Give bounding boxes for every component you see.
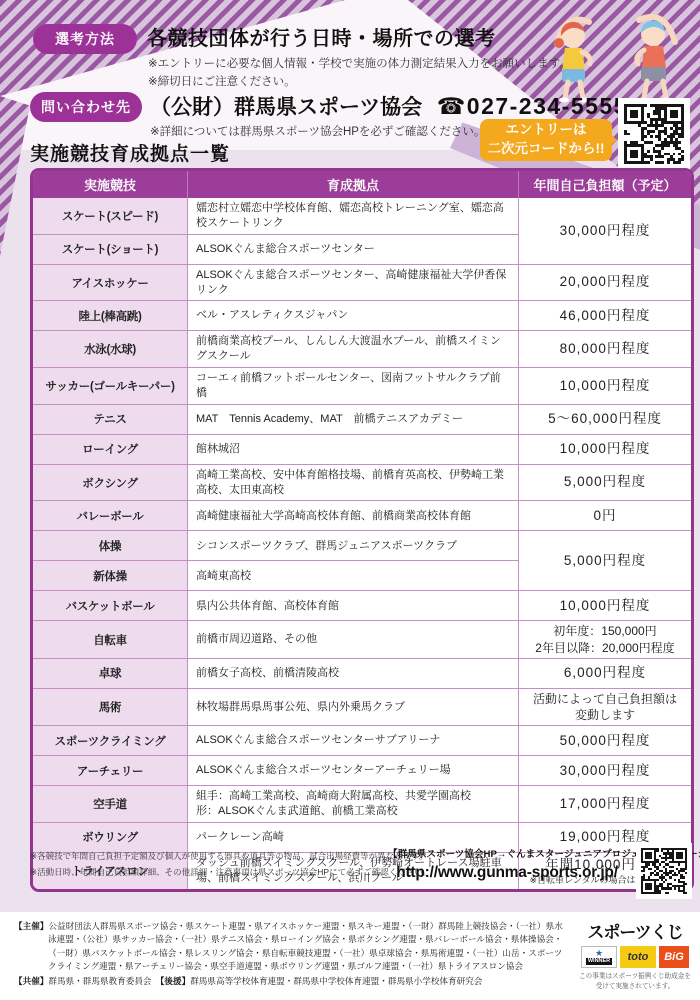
selection-notes: ※エントリーに必要な個人情報・学校で実施の体力測定結果入力をお願いします。 ※締…: [148, 56, 571, 92]
table-row: 水泳(水球)前橋商業高校プール、しんしん大渡温水プール、前橋スイミングスクール8…: [33, 331, 691, 368]
support-label: 【後援】: [160, 976, 190, 986]
table-row: ボクシング高崎工業高校、安中体育館格技場、前橋育英高校、伊勢崎工業高校、太田東高…: [33, 464, 691, 501]
sports-lottery-logo: スポーツくじ: [578, 918, 692, 943]
homepage-qr-code: [636, 843, 692, 899]
organizer-label: 【主催】: [14, 921, 48, 931]
sport-cell: スケート(スピード): [33, 198, 188, 234]
venue-cell: 高崎東高校: [188, 561, 519, 591]
cost-cell: 10,000円程度: [519, 591, 692, 621]
table-row: バスケットボール県内公共体育館、高校体育館10,000円程度: [33, 591, 691, 621]
venue-cell: コーエィ前橋フットボールセンター、図南フットサルクラブ前橋: [188, 368, 519, 405]
venue-cell: 県内公共体育館、高校体育館: [188, 591, 519, 621]
sport-cell: 新体操: [33, 561, 188, 591]
cost-cell: 80,000円程度: [519, 331, 692, 368]
cost-cell: 30,000円程度: [519, 198, 692, 264]
venue-cell: ベル・アスレティクスジャパン: [188, 301, 519, 331]
big-logo: BiG: [659, 946, 689, 968]
homepage-block: 【群馬県スポーツ協会HP→ぐんまスタージュニアプロジェクト特設ページ】 http…: [388, 846, 626, 882]
venue-cell: ALSOKぐんま総合スポーツセンター、高崎健康福祉大学伊香保リンク: [188, 264, 519, 301]
qr-pattern: [641, 848, 687, 894]
cost-cell: 0円: [519, 501, 692, 531]
table-row: スポーツクライミングALSOKぐんま総合スポーツセンターサブアリーナ50,000…: [33, 726, 691, 756]
cost-cell: 17,000円程度: [519, 786, 692, 823]
flyer-page: 選考方法 各競技団体が行う日時・場所での選考 ※エントリーに必要な個人情報・学校…: [0, 0, 700, 1000]
sport-cell: 体操: [33, 531, 188, 561]
boy-figure: [637, 17, 675, 103]
table-row: 空手道組手：高崎工業高校、高崎商大附属高校、共愛学園高校 形：ALSOKぐんま武…: [33, 786, 691, 823]
support-list: 群馬県高等学校体育連盟・群馬県中学校体育連盟・群馬県小学校体育研究会: [190, 976, 482, 986]
contact-badge: 問い合わせ先: [30, 92, 142, 122]
cost-cell: 5,000円程度: [519, 464, 692, 501]
cost-cell: 5～60,000円程度: [519, 404, 692, 434]
venue-cell: ALSOKぐんま総合スポーツセンターサブアリーナ: [188, 726, 519, 756]
entry-speech-bubble: エントリーは 二次元コードから!!: [480, 119, 612, 161]
sport-cell: バスケットボール: [33, 591, 188, 621]
diagonal-stripes-left-edge: [0, 96, 30, 256]
sports-lottery-block: スポーツくじ ★ WINNER toto BiG この事業はスポーツ振興くじ助成…: [578, 918, 692, 992]
homepage-label: 【群馬県スポーツ協会HP→ぐんまスタージュニアプロジェクト特設ページ】: [388, 846, 626, 860]
toto-logo: toto: [620, 946, 656, 968]
table-row: サッカー(ゴールキーパー)コーエィ前橋フットボールセンター、図南フットサルクラブ…: [33, 368, 691, 405]
cost-cell: 20,000円程度: [519, 264, 692, 301]
homepage-url[interactable]: http://www.gunma-sports.or.jp/: [388, 864, 626, 882]
venue-cell: 林牧場群馬県馬事公苑、県内外乗馬クラブ: [188, 688, 519, 725]
venue-cell: ALSOKぐんま総合スポーツセンター: [188, 234, 519, 264]
cost-cell: 10,000円程度: [519, 368, 692, 405]
table-row: 自転車前橋市周辺道路、その他初年度：150,000円 2年目以降：20,000円…: [33, 621, 691, 658]
venue-cell: シコンスポーツクラブ、群馬ジュニアスポーツクラブ: [188, 531, 519, 561]
sport-cell: 空手道: [33, 786, 188, 823]
sport-cell: サッカー(ゴールキーパー): [33, 368, 188, 405]
table-row: 体操シコンスポーツクラブ、群馬ジュニアスポーツクラブ5,000円程度: [33, 531, 691, 561]
selection-method-badge: 選考方法: [33, 24, 137, 54]
qr-pattern: [624, 104, 684, 164]
venue-cell: 高崎健康福祉大学高崎高校体育館、前橋商業高校体育館: [188, 501, 519, 531]
sport-cell: バレーボール: [33, 501, 188, 531]
table-row: テニスMAT Tennis Academy、MAT 前橋テニスアカデミー5～60…: [33, 404, 691, 434]
column-header-venue: 育成拠点: [188, 171, 519, 198]
sport-cell: スケート(ショート): [33, 234, 188, 264]
sports-table-container: 実施競技 育成拠点 年間自己負担額（予定） スケート(スピード)嬬恋村立嬬恋中学…: [30, 168, 694, 892]
selection-heading: 各競技団体が行う日時・場所での選考: [147, 22, 496, 51]
cohost-label: 【共催】: [14, 976, 48, 986]
column-header-sport: 実施競技: [33, 171, 188, 198]
cost-cell: 5,000円程度: [519, 531, 692, 591]
lottery-caption: この事業はスポーツ振興くじ助成金を 受けて実施されています。: [578, 972, 692, 992]
footnote-2: ※活動日時、年間自己負担額詳細、その他詳細・注意事項は県スポーツ協会HPにて必ず…: [30, 864, 431, 880]
venue-cell: ALSOKぐんま総合スポーツセンターアーチェリー場: [188, 756, 519, 786]
table-row: ローイング館林城沼10,000円程度: [33, 434, 691, 464]
credit-cohosts: 【共催】群馬県・群馬県教育委員会 【後援】群馬県高等学校体育連盟・群馬県中学校体…: [14, 975, 570, 988]
sport-cell: 卓球: [33, 658, 188, 688]
table-row: アーチェリーALSOKぐんま総合スポーツセンターアーチェリー場30,000円程度: [33, 756, 691, 786]
column-header-cost: 年間自己負担額（予定）: [519, 171, 692, 198]
venue-cell: 前橋市周辺道路、その他: [188, 621, 519, 658]
footnotes: ※各競技で年間自己負担予定額及び個人が使用する器具や道具等の物品、試合出場経費等…: [30, 848, 431, 880]
sport-cell: ローイング: [33, 434, 188, 464]
table-row: 馬術林牧場群馬県馬事公苑、県内外乗馬クラブ活動によって自己負担額は 変動します: [33, 688, 691, 725]
credit-organizers: 【主催】公益財団法人群馬県スポーツ協会・県スケート連盟・県アイスホッケー連盟・県…: [14, 920, 570, 973]
contact-organization: （公財）群馬県スポーツ協会: [150, 96, 422, 119]
table-row: スケート(スピード)嬬恋村立嬬恋中学校体育館、嬬恋高校トレーニング室、嬬恋高校ス…: [33, 198, 691, 234]
lottery-logo-row: ★ WINNER toto BiG: [578, 946, 692, 968]
sport-cell: 馬術: [33, 688, 188, 725]
venue-cell: 前橋商業高校プール、しんしん大渡温水プール、前橋スイミングスクール: [188, 331, 519, 368]
sports-table: 実施競技 育成拠点 年間自己負担額（予定） スケート(スピード)嬬恋村立嬬恋中学…: [33, 171, 691, 889]
cost-cell: 10,000円程度: [519, 434, 692, 464]
sport-cell: 陸上(棒高跳): [33, 301, 188, 331]
venue-cell: 高崎工業高校、安中体育館格技場、前橋育英高校、伊勢崎工業高校、太田東高校: [188, 464, 519, 501]
venue-cell: MAT Tennis Academy、MAT 前橋テニスアカデミー: [188, 404, 519, 434]
winner-logo: ★ WINNER: [581, 946, 617, 968]
contact-note: ※詳細については群馬県スポーツ協会HPを必ずご確認ください。: [150, 123, 485, 139]
venue-cell: 組手：高崎工業高校、高崎商大附属高校、共愛学園高校 形：ALSOKぐんま武道館、…: [188, 786, 519, 823]
credits: 【主催】公益財団法人群馬県スポーツ協会・県スケート連盟・県アイスホッケー連盟・県…: [14, 920, 570, 991]
cost-cell: 46,000円程度: [519, 301, 692, 331]
sport-cell: ボクシング: [33, 464, 188, 501]
cost-cell: 30,000円程度: [519, 756, 692, 786]
cost-cell: 活動によって自己負担額は 変動します: [519, 688, 692, 725]
venue-cell: 前橋女子高校、前橋清陵高校: [188, 658, 519, 688]
sport-cell: スポーツクライミング: [33, 726, 188, 756]
sport-cell: テニス: [33, 404, 188, 434]
winner-label: WINNER: [586, 958, 612, 966]
sport-cell: アーチェリー: [33, 756, 188, 786]
table-header-row: 実施競技 育成拠点 年間自己負担額（予定）: [33, 171, 691, 198]
sports-table-body: スケート(スピード)嬬恋村立嬬恋中学校体育館、嬬恋高校トレーニング室、嬬恋高校ス…: [33, 198, 691, 889]
table-row: バレーボール高崎健康福祉大学高崎高校体育館、前橋商業高校体育館0円: [33, 501, 691, 531]
sport-cell: アイスホッケー: [33, 264, 188, 301]
venue-cell: 館林城沼: [188, 434, 519, 464]
table-row: 陸上(棒高跳)ベル・アスレティクスジャパン46,000円程度: [33, 301, 691, 331]
sport-cell: 水泳(水球): [33, 331, 188, 368]
footnote-1: ※各競技で年間自己負担予定額及び個人が使用する器具や道具等の物品、試合出場経費等…: [30, 848, 431, 864]
contact-phone-number: ☎027-234-5555: [437, 93, 628, 119]
organizer-list: 公益財団法人群馬県スポーツ協会・県スケート連盟・県アイスホッケー連盟・県スキー連…: [48, 921, 563, 971]
sport-cell: 自転車: [33, 621, 188, 658]
table-row: 卓球前橋女子高校、前橋清陵高校6,000円程度: [33, 658, 691, 688]
venue-cell: 嬬恋村立嬬恋中学校体育館、嬬恋高校トレーニング室、嬬恋高校スケートリンク: [188, 198, 519, 234]
cost-cell: 6,000円程度: [519, 658, 692, 688]
table-title: 実施競技育成拠点一覧: [30, 139, 230, 166]
cost-cell: 50,000円程度: [519, 726, 692, 756]
contact-line: （公財）群馬県スポーツ協会 ☎027-234-5555: [150, 91, 628, 121]
cohost-list: 群馬県・群馬県教育委員会: [48, 976, 160, 986]
table-row: アイスホッケーALSOKぐんま総合スポーツセンター、高崎健康福祉大学伊香保リンク…: [33, 264, 691, 301]
entry-qr-code: [618, 98, 690, 170]
winner-star-icon: ★: [595, 949, 603, 958]
cost-cell: 初年度：150,000円 2年目以降：20,000円程度: [519, 621, 692, 658]
